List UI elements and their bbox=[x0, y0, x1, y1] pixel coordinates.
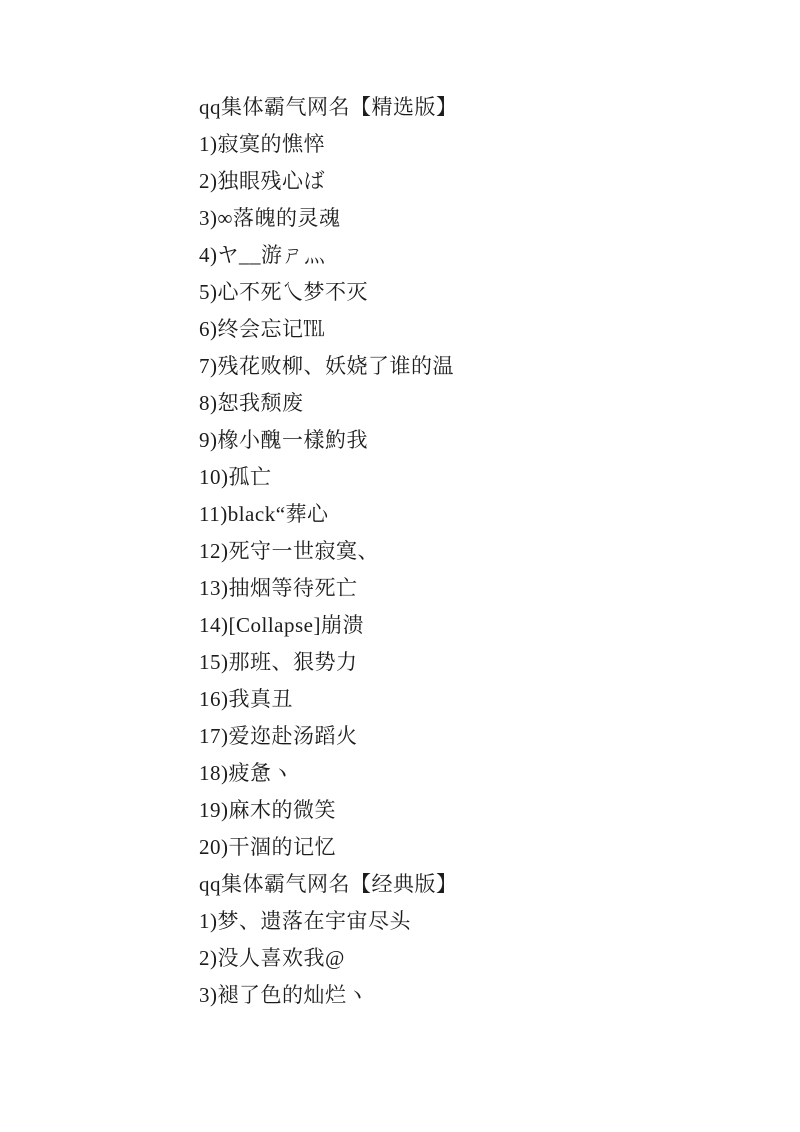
document-page: qq集体霸气网名【精选版】 1)寂寞的憔悴 2)独眼残心ば 3)∞落魄的灵魂 4… bbox=[0, 0, 800, 1132]
list-item: 1)寂寞的憔悴 bbox=[199, 126, 760, 163]
list-item: 16)我真丑 bbox=[199, 681, 760, 718]
list-item: 3)褪了色的灿烂ヽ bbox=[199, 977, 760, 1014]
list-item: 13)抽烟等待死亡 bbox=[199, 570, 760, 607]
list-item: 12)死守一世寂寞、 bbox=[199, 533, 760, 570]
list-item: 18)疲惫ヽ bbox=[199, 755, 760, 792]
section-heading-jingdian: qq集体霸气网名【经典版】 bbox=[199, 866, 760, 903]
section-heading-jingxuan: qq集体霸气网名【精选版】 bbox=[199, 89, 760, 126]
list-item: 15)那班、狠势力 bbox=[199, 644, 760, 681]
list-item: 2)没人喜欢我@ bbox=[199, 940, 760, 977]
list-item: 1)梦、遗落在宇宙尽头 bbox=[199, 903, 760, 940]
list-item: 10)孤亡 bbox=[199, 459, 760, 496]
list-item: 7)残花败柳、妖娆了谁的温 bbox=[199, 348, 760, 385]
list-item: 17)爱迩赴汤蹈火 bbox=[199, 718, 760, 755]
list-item: 20)干涸的记忆 bbox=[199, 829, 760, 866]
list-item: 19)麻木的微笑 bbox=[199, 792, 760, 829]
list-item: 3)∞落魄的灵魂 bbox=[199, 200, 760, 237]
list-item: 9)橡小醜一樣魡我 bbox=[199, 422, 760, 459]
list-item: 8)恕我颓废 bbox=[199, 385, 760, 422]
list-item: 6)终会忘记℡ bbox=[199, 311, 760, 348]
list-item: 4)ヤ__游ㄕ灬 bbox=[199, 237, 760, 274]
list-item: 5)心不死乀梦不灭 bbox=[199, 274, 760, 311]
list-item: 11)black“葬心 bbox=[199, 496, 760, 533]
list-item: 2)独眼残心ば bbox=[199, 163, 760, 200]
list-item: 14)[Collapse]崩溃 bbox=[199, 607, 760, 644]
